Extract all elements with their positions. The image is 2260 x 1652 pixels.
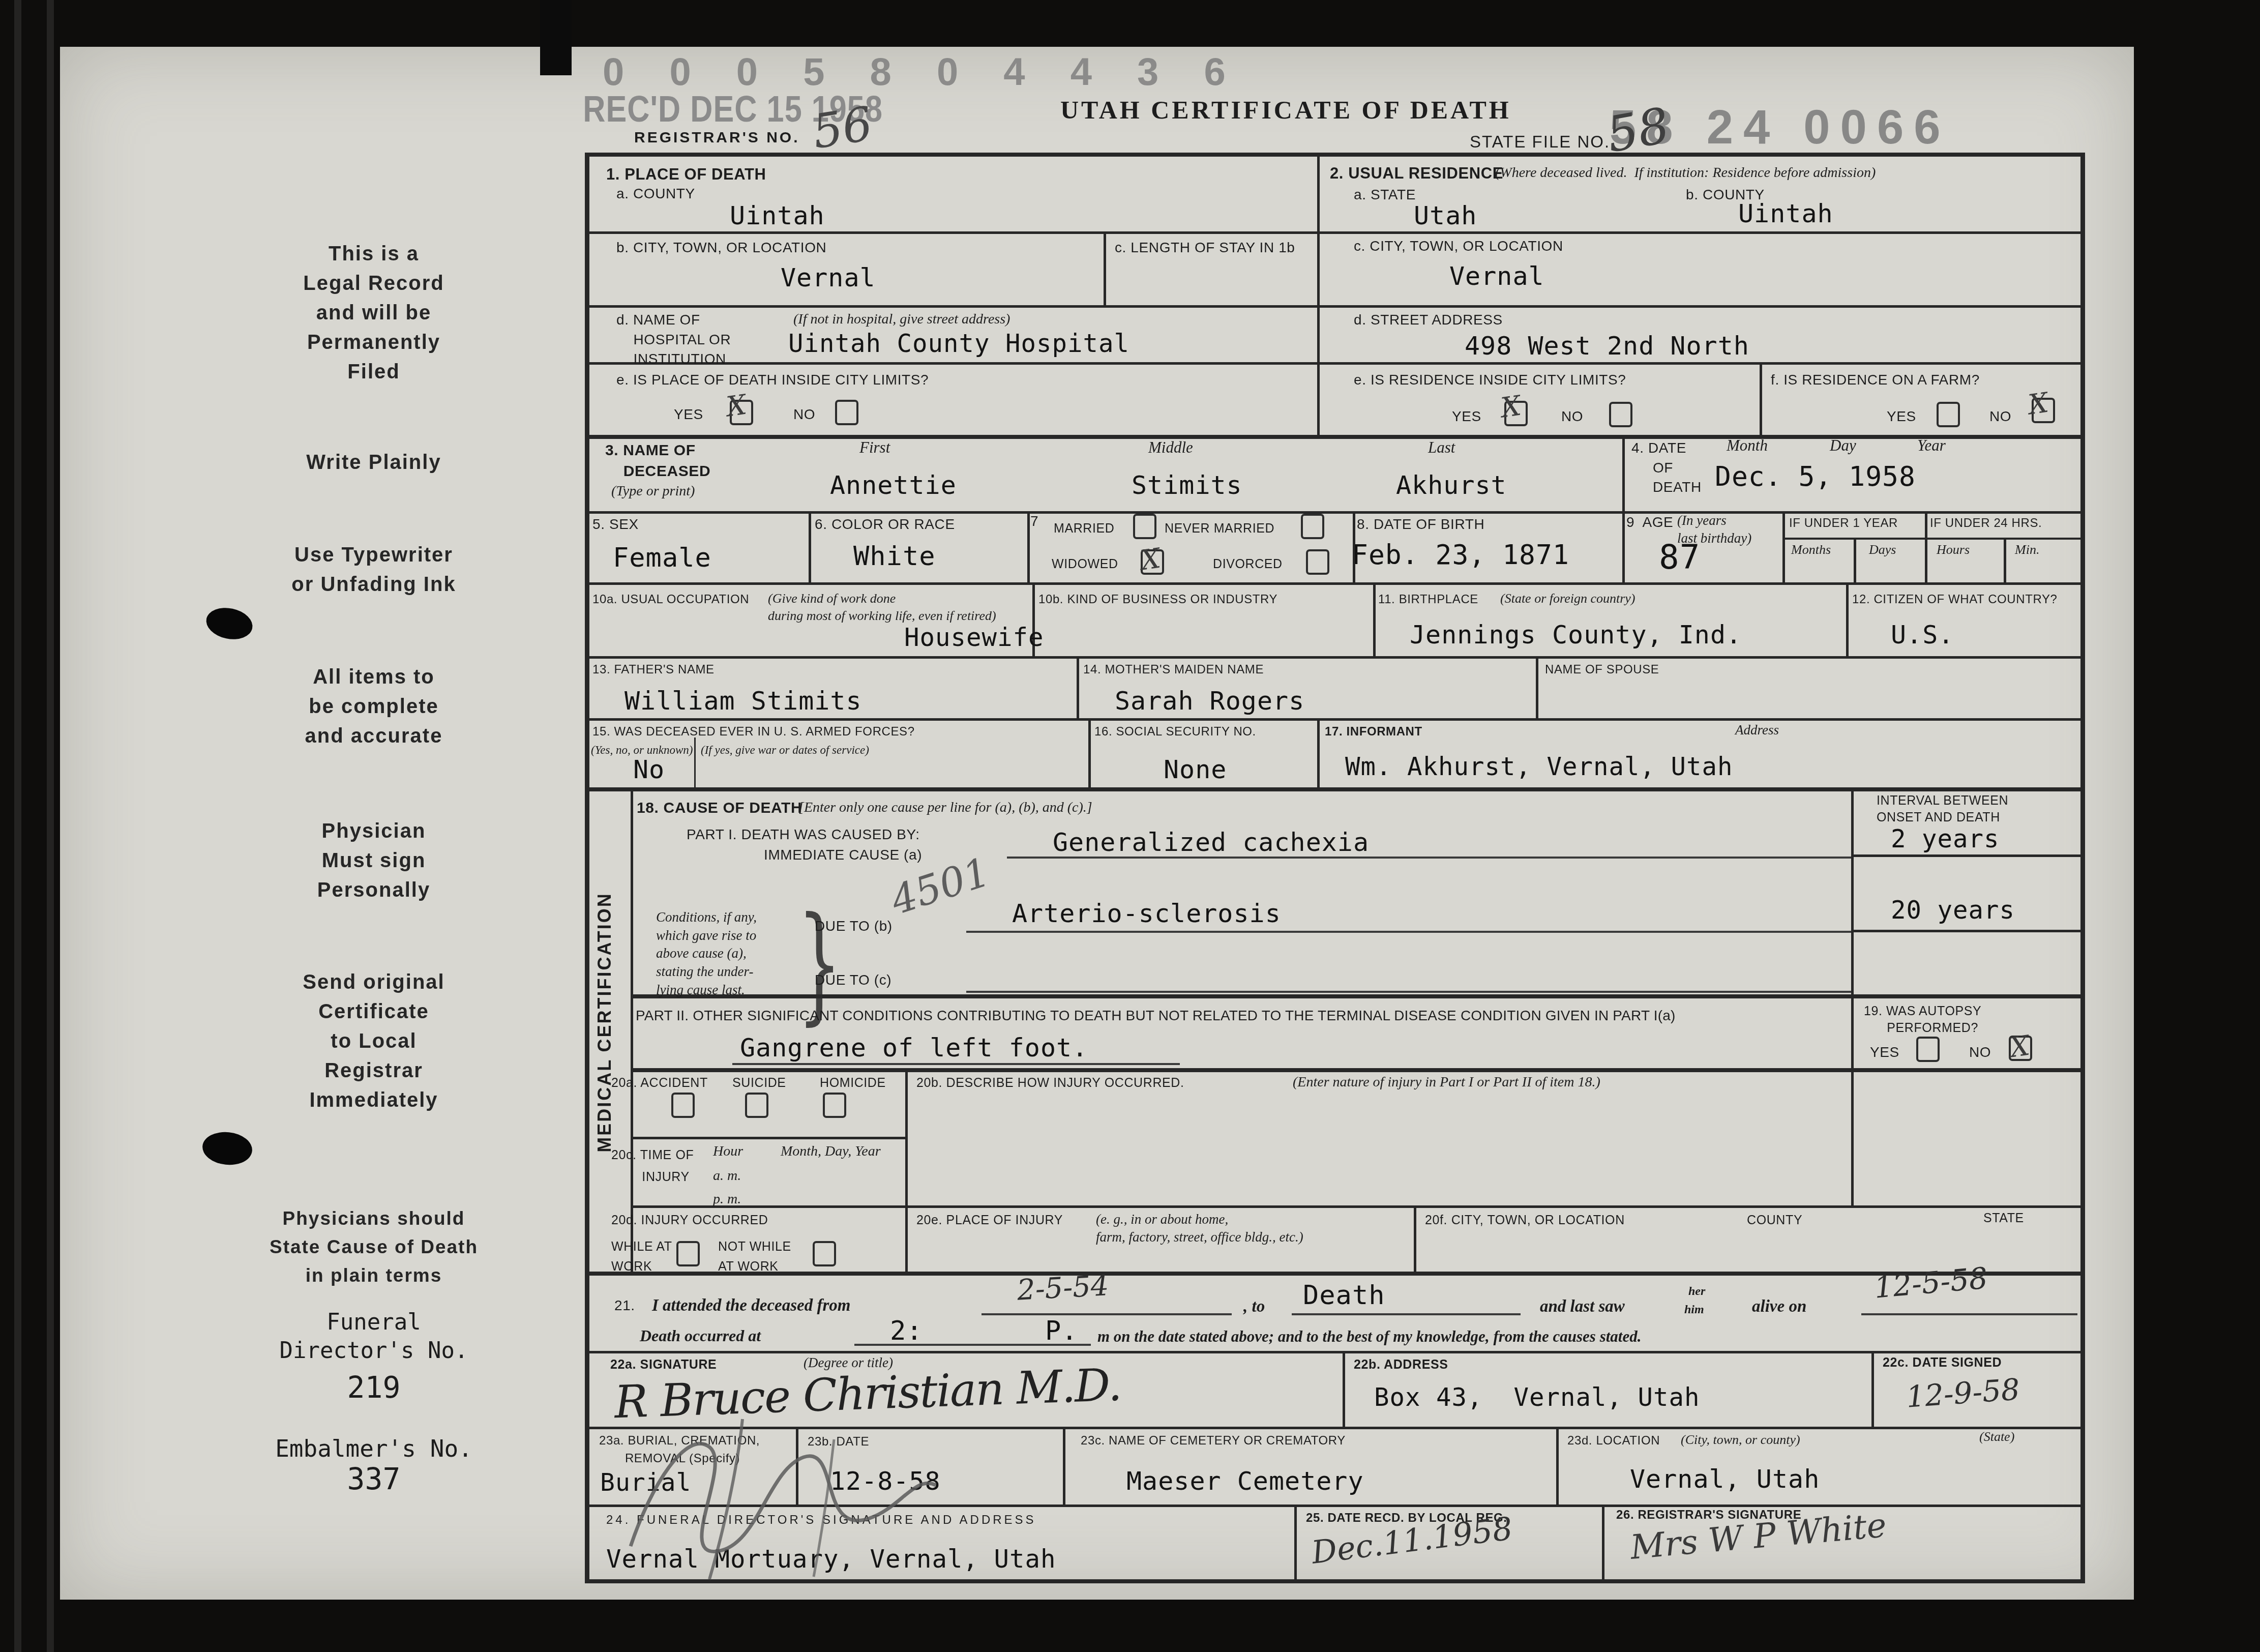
due-to-b-label: DUE TO (b) <box>815 917 893 936</box>
scan-streak <box>14 0 21 1652</box>
year-header: Year <box>1917 435 1946 456</box>
citizen-value: U.S. <box>1891 621 1954 650</box>
hospital-label: d. NAME OF HOSPITAL OR INSTITUTION <box>616 310 731 369</box>
occupation-value: Housewife <box>904 624 1044 652</box>
last-saw-text: and last saw <box>1540 1296 1625 1318</box>
physician-address-label: 22b. ADDRESS <box>1354 1356 1448 1374</box>
date-signed-label: 22c. DATE SIGNED <box>1883 1354 2002 1372</box>
funeral-director-signature <box>615 1409 951 1582</box>
burial-location-label: 23d. LOCATION <box>1567 1432 1660 1449</box>
scan-artifact <box>540 0 572 75</box>
day-header: Day <box>1830 435 1856 456</box>
birthplace-label: 11. BIRTHPLACE <box>1378 591 1478 608</box>
not-while-at-work-checkbox <box>813 1241 836 1266</box>
under-24-hrs-header: IF UNDER 24 HRS. <box>1930 515 2042 532</box>
pod-county-value: Uintah <box>730 201 825 231</box>
autopsy-label: 19. WAS AUTOPSY PERFORMED? <box>1864 1003 1981 1036</box>
death-certificate-scan: This is a Legal Record and will be Perma… <box>0 0 2260 1652</box>
death-time-value: 2: <box>890 1316 923 1347</box>
due-to-c-label: DUE TO (c) <box>815 970 891 990</box>
middle-header: Middle <box>1148 437 1193 458</box>
part1-label: PART I. DEATH WAS CAUSED BY: <box>687 825 920 845</box>
form-title: UTAH CERTIFICATE OF DEATH <box>1060 93 1511 128</box>
state-file-no-label: STATE FILE NO. <box>1470 130 1610 154</box>
margin-note-physician-sign: Physician Must sign Personally <box>173 816 575 905</box>
scan-streak <box>47 0 54 1652</box>
cemetery-label: 23c. NAME OF CEMETERY OR CREMATORY <box>1081 1432 1346 1449</box>
widowed-check: X <box>1139 542 1163 577</box>
pod-yes-check: X <box>725 389 749 423</box>
min-header: Min. <box>2015 541 2039 558</box>
pod-city-limits-label: e. IS PLACE OF DEATH INSIDE CITY LIMITS? <box>616 370 929 390</box>
sex-label: 5. SEX <box>592 515 639 535</box>
date-signed-value: 12-9-58 <box>1905 1372 2021 1414</box>
attended-to-word: , to <box>1243 1296 1265 1318</box>
describe-injury-label: 20b. DESCRIBE HOW INJURY OCCURRED. <box>916 1074 1184 1092</box>
margin-note-plain-terms: Physicians should State Cause of Death i… <box>173 1204 575 1290</box>
not-while-at-work-label: NOT WHILE AT WORK <box>718 1237 791 1277</box>
date-of-death-value: Dec. 5, 1958 <box>1715 462 1916 493</box>
res-city-label: c. CITY, TOWN, OR LOCATION <box>1354 237 1563 256</box>
hour-header: Hour <box>713 1142 743 1161</box>
funeral-directors-no-value: 219 <box>173 1373 575 1402</box>
hours-header: Hours <box>1937 541 1970 558</box>
farm-label: f. IS RESIDENCE ON A FARM? <box>1771 370 1980 390</box>
immediate-cause-label: IMMEDIATE CAUSE (a) <box>764 845 922 865</box>
res-city-value: Vernal <box>1449 262 1544 291</box>
interval-header: INTERVAL BETWEEN ONSET AND DEATH <box>1877 792 2008 825</box>
farm-no-check: X <box>2027 387 2050 421</box>
suicide-label: SUICIDE <box>732 1074 786 1092</box>
last-alive-date-value: 12-5-58 <box>1872 1260 1989 1305</box>
embalmers-no-value: 337 <box>173 1465 575 1493</box>
occupation-label: 10a. USUAL OCCUPATION <box>592 591 749 608</box>
month-day-year-header: Month, Day, Year <box>781 1142 881 1161</box>
father-value: William Stimits <box>625 687 862 716</box>
margin-note-legal-record: This is a Legal Record and will be Perma… <box>173 239 575 387</box>
pod-county-label: a. COUNTY <box>616 184 695 204</box>
attended-to-value: Death <box>1303 1281 1385 1311</box>
age-label: 9 AGE <box>1626 513 1673 533</box>
attended-from-value: 2-5-54 <box>1016 1269 1110 1307</box>
name-of-deceased-label: 3. NAME OF DECEASED <box>605 440 710 482</box>
funeral-directors-no-label: Funeral Director's No. <box>173 1308 575 1365</box>
farm-no-checkbox: X <box>2032 398 2055 423</box>
res-yes-label: YES <box>1452 407 1481 427</box>
place-of-death-title: 1. PLACE OF DEATH <box>606 164 766 186</box>
burial-location-note: (City, town, or county) <box>1681 1431 1800 1449</box>
autopsy-no-label: NO <box>1969 1043 1991 1063</box>
middle-name-value: Stimits <box>1132 471 1242 500</box>
race-label: 6. COLOR OR RACE <box>815 515 955 535</box>
autopsy-no-checkbox: X <box>2009 1036 2032 1061</box>
res-state-label: a. STATE <box>1354 185 1416 205</box>
res-city-limits-label: e. IS RESIDENCE INSIDE CITY LIMITS? <box>1354 370 1626 390</box>
usual-residence-note: (Where deceased lived. If institution: R… <box>1495 164 1876 182</box>
pod-no-label: NO <box>793 405 815 425</box>
length-of-stay-label: c. LENGTH OF STAY IN 1b <box>1115 238 1295 258</box>
sex-value: Female <box>613 543 711 574</box>
informant-label: 17. INFORMANT <box>1325 723 1422 740</box>
injury-occurred-label: 20d. INJURY OCCURRED <box>611 1212 768 1229</box>
divorced-checkbox <box>1306 549 1329 575</box>
pod-no-checkbox <box>835 400 858 425</box>
type-or-print-note: (Type or print) <box>611 482 695 500</box>
accident-checkbox <box>671 1093 695 1118</box>
margin-note-send-original: Send original Certificate to Local Regis… <box>173 967 575 1115</box>
place-of-injury-note: (e. g., in or about home, farm, factory,… <box>1096 1211 1303 1246</box>
last-name-value: Akhurst <box>1396 471 1507 500</box>
farm-no-label: NO <box>1989 407 2011 427</box>
birthplace-note: (State or foreign country) <box>1500 590 1635 607</box>
armed-forces-value: No <box>633 755 665 785</box>
cemetery-value: Maeser Cemetery <box>1126 1467 1364 1496</box>
dob-value: Feb. 23, 1871 <box>1352 540 1569 571</box>
attended-num: 21. <box>614 1296 635 1316</box>
married-checkbox <box>1133 514 1156 539</box>
informant-value: Wm. Akhurst, Vernal, Utah <box>1345 753 1733 781</box>
interval-b-value: 20 years <box>1891 896 2015 925</box>
conditions-note: Conditions, if any, which gave rise to a… <box>656 908 757 999</box>
widowed-checkbox: X <box>1141 549 1164 575</box>
interval-a-value: 2 years <box>1891 825 2000 853</box>
res-no-label: NO <box>1561 407 1583 427</box>
first-header: First <box>859 437 890 458</box>
injury-county-header: COUNTY <box>1747 1212 1802 1229</box>
cause-b-value: Arterio-sclerosis <box>1012 899 1281 929</box>
injury-city-label: 20f. CITY, TOWN, OR LOCATION <box>1425 1212 1625 1229</box>
never-married-label: NEVER MARRIED <box>1165 520 1274 538</box>
margin-note-complete: All items to be complete and accurate <box>173 662 575 751</box>
usual-residence-title: 2. USUAL RESIDENCE <box>1330 163 1503 185</box>
cause-of-death-note: [Enter only one cause per line for (a), … <box>798 799 1092 817</box>
accident-label: 20a. ACCIDENT <box>611 1074 708 1092</box>
death-time-pm: P. <box>1045 1316 1078 1347</box>
citizen-label: 12. CITIZEN OF WHAT COUNTRY? <box>1852 591 2058 608</box>
file-number-stamp: 0 0 0 5 8 0 4 4 3 6 <box>603 50 1243 94</box>
physician-address-value: Box 43, Vernal, Utah <box>1374 1383 1700 1412</box>
widowed-label: WIDOWED <box>1052 555 1118 573</box>
while-at-work-checkbox <box>676 1241 700 1266</box>
registrars-no-value: 56 <box>809 97 876 160</box>
father-label: 13. FATHER'S NAME <box>592 661 715 678</box>
divorced-label: DIVORCED <box>1213 555 1283 573</box>
alive-on-text: alive on <box>1752 1296 1806 1318</box>
registrars-no-label: REGISTRAR'S NO. <box>634 127 800 148</box>
armed-forces-note2: (If yes, give war or dates of service) <box>701 743 869 758</box>
autopsy-yes-label: YES <box>1870 1043 1899 1063</box>
armed-forces-label: 15. WAS DECEASED EVER IN U. S. ARMED FOR… <box>592 723 915 740</box>
attended-text: I attended the deceased from <box>652 1295 850 1317</box>
ssn-label: 16. SOCIAL SECURITY NO. <box>1094 723 1256 740</box>
homicide-label: HOMICIDE <box>820 1074 886 1092</box>
months-header: Months <box>1791 541 1831 558</box>
hospital-value: Uintah County Hospital <box>788 330 1129 358</box>
state-note: (State) <box>1979 1428 2014 1445</box>
hospital-note: (If not in hospital, give street address… <box>793 310 1010 329</box>
marital-num: 7 <box>1030 512 1038 532</box>
age-value: 87 <box>1659 538 1700 577</box>
first-name-value: Annettie <box>830 471 957 500</box>
res-state-value: Utah <box>1414 201 1477 231</box>
ssn-value: None <box>1164 755 1227 785</box>
spouse-label: NAME OF SPOUSE <box>1545 661 1659 678</box>
injury-state-header: STATE <box>1983 1209 2024 1227</box>
autopsy-no-check: X <box>2008 1029 2032 1064</box>
occupation-note: (Give kind of work done during most of w… <box>768 590 996 625</box>
place-of-injury-label: 20e. PLACE OF INJURY <box>916 1212 1063 1229</box>
dob-label: 8. DATE OF BIRTH <box>1357 515 1484 535</box>
res-no-checkbox <box>1609 402 1632 427</box>
mother-value: Sarah Rogers <box>1115 687 1304 716</box>
date-of-death-label: 4. DATE OF DEATH <box>1631 438 1702 497</box>
pm-label: p. m. <box>713 1190 741 1208</box>
days-header: Days <box>1869 541 1896 558</box>
pod-yes-checkbox: X <box>730 400 753 425</box>
farm-yes-checkbox <box>1937 402 1960 427</box>
signature-label: 22a. SIGNATURE <box>610 1356 717 1374</box>
death-occurred-rest: m on the date stated above; and to the b… <box>1097 1326 1641 1347</box>
pod-city-value: Vernal <box>781 263 876 293</box>
her-word: her <box>1688 1284 1705 1300</box>
while-at-work-label: WHILE AT WORK <box>611 1237 672 1277</box>
autopsy-yes-checkbox <box>1916 1037 1940 1062</box>
month-header: Month <box>1727 435 1768 456</box>
death-occurred-text: Death occurred at <box>640 1325 761 1347</box>
cause-of-death-label: 18. CAUSE OF DEATH <box>637 798 802 818</box>
am-label: a. m. <box>713 1167 741 1185</box>
burial-location-value: Vernal, Utah <box>1630 1465 1820 1494</box>
him-word: him <box>1684 1302 1704 1318</box>
farm-yes-label: YES <box>1887 407 1916 427</box>
under-1-year-header: IF UNDER 1 YEAR <box>1789 515 1898 532</box>
res-county-value: Uintah <box>1738 199 1833 229</box>
certificate-form: 1. PLACE OF DEATH a. COUNTY Uintah b. CI… <box>585 153 2085 1582</box>
pod-yes-label: YES <box>674 405 703 425</box>
birthplace-value: Jennings County, Ind. <box>1410 621 1742 650</box>
never-married-checkbox <box>1301 514 1324 539</box>
res-street-value: 498 West 2nd North <box>1465 332 1749 361</box>
cause-a-value: Generalized cachexia <box>1053 828 1369 858</box>
res-street-label: d. STREET ADDRESS <box>1354 310 1503 330</box>
res-yes-checkbox: X <box>1504 401 1528 426</box>
time-of-injury-label: 20c. TIME OF INJURY <box>611 1144 694 1188</box>
embalmers-no-label: Embalmer's No. <box>173 1434 575 1463</box>
last-header: Last <box>1428 437 1455 458</box>
part2-value: Gangrene of left foot. <box>740 1034 1088 1063</box>
margin-note-write-plainly: Write Plainly <box>173 448 575 477</box>
margin-note-typewriter: Use Typewriter or Unfading Ink <box>173 540 575 599</box>
informant-address-header: Address <box>1735 721 1779 739</box>
res-yes-check: X <box>1499 390 1523 424</box>
industry-label: 10b. KIND OF BUSINESS OR INDUSTRY <box>1038 591 1277 608</box>
part2-label: PART II. OTHER SIGNIFICANT CONDITIONS CO… <box>636 1006 1675 1026</box>
suicide-checkbox <box>745 1093 768 1118</box>
describe-injury-note: (Enter nature of injury in Part I or Par… <box>1293 1073 1600 1091</box>
pod-city-label: b. CITY, TOWN, OR LOCATION <box>616 238 826 258</box>
race-value: White <box>853 542 936 572</box>
homicide-checkbox <box>823 1093 846 1118</box>
mother-label: 14. MOTHER'S MAIDEN NAME <box>1083 661 1264 678</box>
married-label: MARRIED <box>1054 520 1114 538</box>
